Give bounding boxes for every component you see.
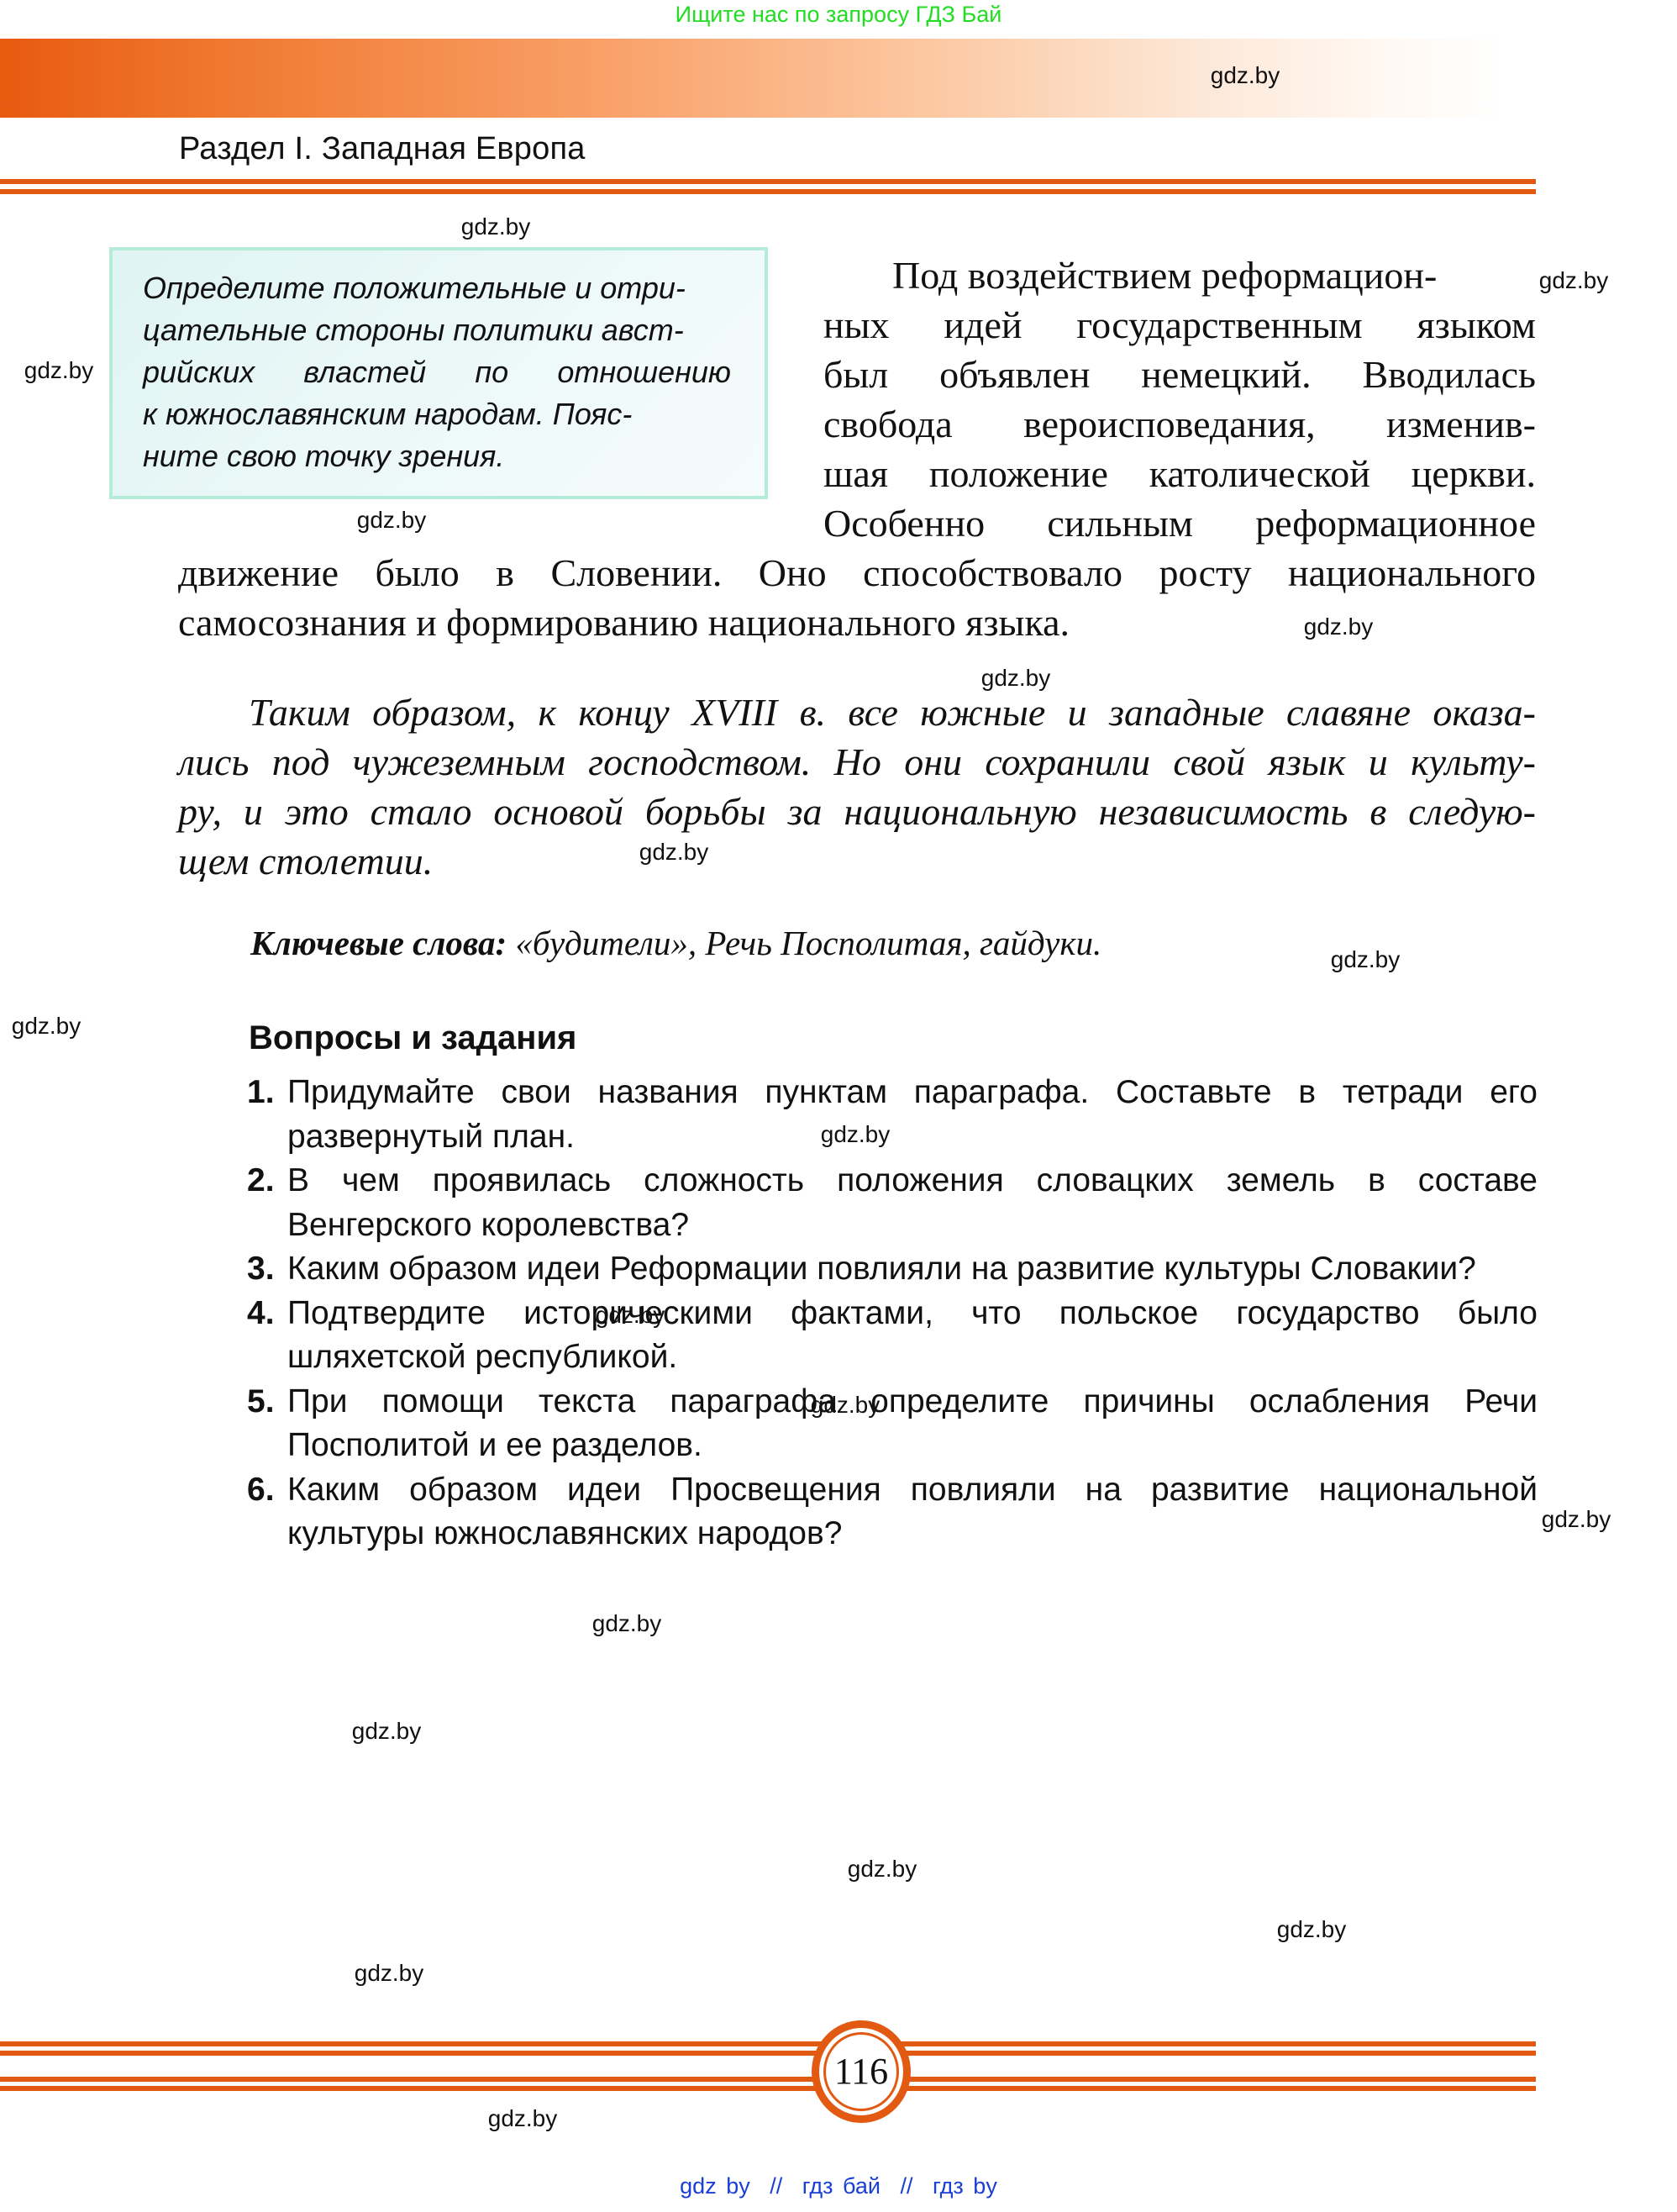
keywords: Ключевые слова: «будители», Речь Посполи… <box>250 923 1101 963</box>
question-item: 6. Каким образом идеи Просвещения повлия… <box>247 1468 1538 1556</box>
watermark-text: gdz.by <box>1277 1916 1347 1943</box>
watermark-text: gdz.by <box>848 1856 917 1883</box>
watermark-text: gdz.by <box>1539 267 1609 294</box>
task-line: к южнославянским народам. Пояс- <box>143 393 731 435</box>
watermark-text: gdz.by <box>357 507 427 534</box>
conclusion-line: Таким образом, к концу XVIII в. все южны… <box>249 687 1536 737</box>
page-number: 116 <box>812 2051 911 2093</box>
watermark-text: gdz.by <box>1304 614 1374 640</box>
conclusion-line: щем столетии. <box>178 836 433 886</box>
watermark-text: gdz.by <box>24 357 94 384</box>
question-text: Каким образом идеи Реформации повлияли н… <box>287 1247 1538 1292</box>
question-number: 2. <box>247 1159 287 1247</box>
watermark-text: gdz.by <box>488 2105 558 2132</box>
question-item: 2. В чем проявилась сложность положения … <box>247 1159 1538 1247</box>
paragraph-line: ных идей государственным языком <box>823 300 1536 350</box>
header-rule-bottom <box>0 189 1536 194</box>
watermark-text: gdz.by <box>811 1392 881 1419</box>
question-text: Подтвердите историческими фактами, что п… <box>287 1292 1538 1380</box>
question-item: 1. Придумайте свои названия пунктам пара… <box>247 1071 1538 1159</box>
question-number: 3. <box>247 1247 287 1292</box>
paragraph-line: самосознания и формированию национальног… <box>178 598 1070 647</box>
question-item: 4. Подтвердите историческими фактами, чт… <box>247 1292 1538 1380</box>
watermark-text: gdz.by <box>1542 1506 1611 1533</box>
watermark-text: gdz.by <box>639 839 709 866</box>
watermark-text: gdz.by <box>12 1013 81 1040</box>
task-line: цательные стороны политики авст- <box>143 309 731 351</box>
paragraph-line: Под воздействием реформацион- <box>892 250 1437 300</box>
watermark-text: gdz.by <box>596 1302 665 1329</box>
question-number: 5. <box>247 1380 287 1468</box>
paragraph-line: движение было в Словении. Оно способство… <box>178 548 1536 598</box>
question-text: При помощи текста параграфа определите п… <box>287 1380 1538 1468</box>
watermark-text: gdz.by <box>352 1718 422 1745</box>
search-tagline: Ищите нас по запросу ГДЗ Бай <box>0 2 1677 28</box>
header-rule-top <box>0 179 1536 184</box>
question-text: Каким образом идеи Просвещения повлияли … <box>287 1468 1538 1556</box>
conclusion-line: ру, и это стало основой борьбы за национ… <box>178 787 1536 836</box>
paragraph-line: Особенно сильным реформационное <box>823 498 1536 548</box>
questions-title: Вопросы и задания <box>249 1019 576 1057</box>
footer-link-gdz-by[interactable]: gdz by <box>680 2173 750 2199</box>
footer-rule <box>0 2051 1536 2056</box>
question-text: Придумайте свои названия пунктам парагра… <box>287 1071 1538 1159</box>
question-number: 6. <box>247 1468 287 1556</box>
questions-list: 1. Придумайте свои названия пунктам пара… <box>247 1071 1538 1556</box>
watermark-text: gdz.by <box>592 1610 662 1637</box>
watermark-text: gdz.by <box>821 1121 891 1148</box>
question-number: 1. <box>247 1071 287 1159</box>
conclusion-line: лись под чужеземным господством. Но они … <box>178 737 1536 787</box>
watermark-text: gdz.by <box>355 1960 424 1987</box>
question-text: В чем проявилась сложность положения сло… <box>287 1159 1538 1247</box>
watermark-text: gdz.by <box>1331 946 1401 973</box>
footer-links: gdz by // гдз бай // гдз by <box>0 2173 1677 2199</box>
section-title: Раздел I. Западная Европа <box>179 131 586 167</box>
footer-link-gdz-by-cyr[interactable]: гдз by <box>933 2173 997 2199</box>
question-item: 5. При помощи текста параграфа определит… <box>247 1380 1538 1468</box>
footer-rule <box>0 2077 1536 2082</box>
paragraph-line: был объявлен немецкий. Вводилась <box>823 350 1536 399</box>
paragraph-line: шая положение католической церкви. <box>823 449 1536 498</box>
footer-rule <box>0 2086 1536 2091</box>
watermark-text: gdz.by <box>981 665 1051 692</box>
task-box-text: Определите положительные и отри- цательн… <box>143 267 731 477</box>
keywords-label: Ключевые слова: <box>250 924 507 962</box>
task-line: ните свою точку зрения. <box>143 435 731 477</box>
question-number: 4. <box>247 1292 287 1380</box>
task-line: Определите положительные и отри- <box>143 267 731 309</box>
footer-separator: // <box>770 2173 782 2199</box>
watermark-text: gdz.by <box>461 213 531 240</box>
keywords-value: «будители», Речь Посполитая, гайдуки. <box>515 924 1101 962</box>
footer-rule <box>0 2041 1536 2046</box>
paragraph-line: свобода вероисповедания, изменив- <box>823 399 1536 449</box>
footer-link-gdz-bai[interactable]: гдз бай <box>802 2173 881 2199</box>
watermark-text: gdz.by <box>1211 62 1280 89</box>
footer-separator: // <box>901 2173 913 2199</box>
task-line: рийских властей по отношению <box>143 351 731 393</box>
question-item: 3. Каким образом идеи Реформации повлиял… <box>247 1247 1538 1292</box>
